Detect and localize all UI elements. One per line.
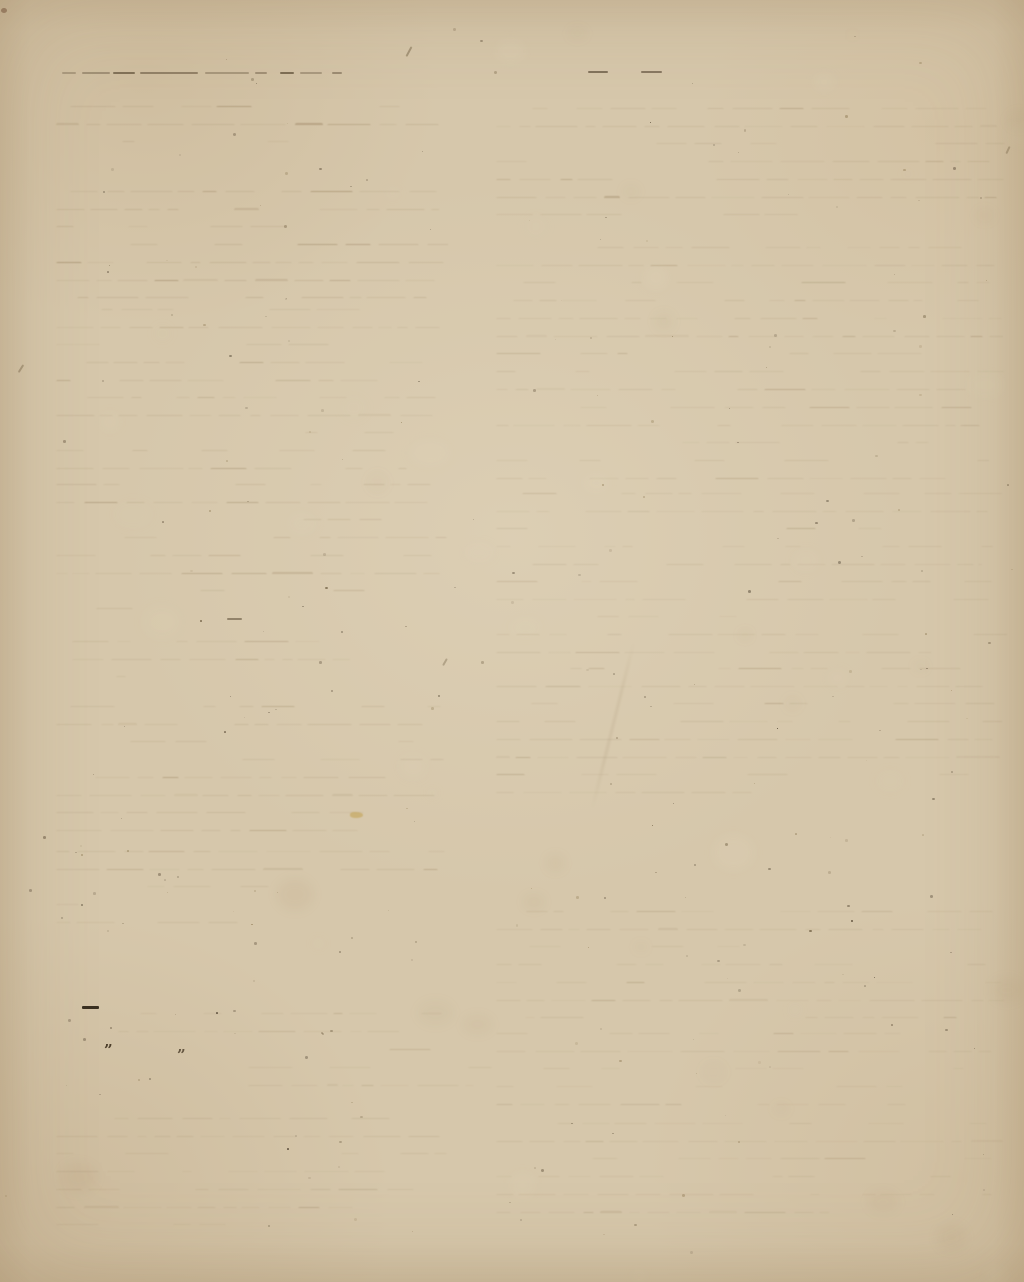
ink-speck bbox=[534, 1167, 536, 1169]
ink-speck bbox=[953, 167, 956, 170]
ink-speck bbox=[847, 905, 850, 907]
ink-speck bbox=[338, 1166, 340, 1168]
ink-speck bbox=[922, 834, 924, 836]
ink-speck bbox=[713, 144, 715, 146]
ink-speck bbox=[166, 260, 168, 261]
ink-speck bbox=[473, 519, 474, 520]
ink-speck bbox=[795, 833, 797, 835]
ink-speck bbox=[983, 1189, 985, 1191]
ink-speck bbox=[576, 896, 579, 899]
ink-speck bbox=[75, 852, 77, 853]
ink-speck bbox=[879, 730, 881, 731]
ink-speck bbox=[612, 1133, 614, 1134]
ink-speck bbox=[366, 179, 368, 181]
ink-speck bbox=[974, 1048, 975, 1049]
ink-speck bbox=[342, 459, 343, 460]
ink-speck bbox=[602, 484, 604, 486]
ink-speck bbox=[360, 1116, 363, 1118]
ink-speck bbox=[926, 668, 928, 669]
ink-speck bbox=[921, 570, 923, 572]
ink-speck bbox=[682, 1194, 685, 1197]
ink-speck bbox=[609, 549, 612, 552]
ink-speck bbox=[285, 172, 288, 175]
ink-speck bbox=[768, 868, 771, 870]
ink-speck bbox=[167, 892, 168, 893]
ink-speck bbox=[842, 974, 844, 975]
ink-speck bbox=[769, 1066, 771, 1068]
ink-speck bbox=[203, 324, 206, 326]
ink-speck bbox=[945, 1029, 948, 1031]
ink-speck bbox=[63, 440, 66, 443]
ink-speck bbox=[643, 496, 645, 498]
ink-speck bbox=[195, 266, 197, 268]
ink-speck bbox=[737, 442, 739, 443]
ink-speck bbox=[431, 707, 434, 710]
ink-speck bbox=[571, 1123, 573, 1124]
ink-speck bbox=[600, 239, 601, 240]
ink-speck bbox=[247, 501, 249, 502]
ink-speck bbox=[81, 904, 83, 906]
ink-speck bbox=[124, 726, 125, 727]
ink-speck bbox=[694, 864, 696, 866]
ink-speck bbox=[830, 837, 831, 838]
ink-speck bbox=[226, 460, 228, 462]
ink-speck bbox=[898, 509, 900, 511]
ink-speck bbox=[415, 941, 417, 943]
ink-speck bbox=[350, 186, 352, 187]
ink-speck bbox=[966, 718, 968, 719]
ink-speck bbox=[341, 631, 343, 633]
ink-speck bbox=[600, 1028, 602, 1030]
ink-speck bbox=[516, 924, 518, 927]
ink-speck bbox=[190, 570, 193, 572]
ink-speck bbox=[224, 731, 226, 733]
ink-speck bbox=[66, 1085, 67, 1086]
ink-speck bbox=[265, 316, 267, 317]
ink-speck bbox=[254, 890, 256, 892]
ink-speck bbox=[852, 519, 855, 522]
ink-speck bbox=[285, 298, 287, 300]
ink-speck bbox=[738, 989, 741, 992]
ink-speck bbox=[616, 737, 618, 739]
ink-speck bbox=[851, 920, 853, 922]
ink-speck bbox=[588, 947, 589, 948]
ink-speck bbox=[412, 1231, 413, 1232]
ink-speck bbox=[107, 930, 109, 932]
ink-speck bbox=[590, 337, 592, 339]
ink-speck bbox=[121, 818, 122, 819]
ink-speck bbox=[578, 574, 581, 576]
ink-speck bbox=[110, 1027, 112, 1029]
ink-speck bbox=[766, 367, 767, 368]
ink-speck bbox=[339, 1141, 342, 1143]
ink-speck bbox=[5, 1195, 7, 1197]
ink-speck bbox=[832, 696, 834, 697]
ink-speck bbox=[826, 500, 829, 502]
ink-speck bbox=[845, 839, 848, 842]
ink-speck bbox=[923, 315, 926, 318]
ink-speck bbox=[685, 897, 686, 898]
ink-speck bbox=[453, 28, 456, 31]
ink-speck bbox=[597, 395, 598, 396]
ink-speck bbox=[672, 336, 673, 337]
ink-speck bbox=[696, 1073, 697, 1074]
ink-speck bbox=[481, 661, 484, 664]
ink-speck bbox=[268, 712, 270, 713]
ink-speck bbox=[738, 152, 739, 153]
ink-speck bbox=[930, 895, 933, 898]
ink-speck bbox=[209, 510, 211, 512]
edge-nick bbox=[1, 8, 7, 13]
ink-speck bbox=[951, 771, 953, 773]
ink-speck bbox=[418, 381, 420, 382]
ink-speck bbox=[229, 355, 232, 357]
ink-speck bbox=[815, 522, 818, 524]
ink-speck bbox=[950, 952, 952, 953]
ink-speck bbox=[305, 1056, 308, 1059]
ink-speck bbox=[828, 871, 831, 874]
ink-speck bbox=[268, 1225, 270, 1227]
ink-speck bbox=[694, 684, 695, 685]
ink-speck bbox=[277, 892, 278, 893]
ink-speck bbox=[769, 346, 771, 348]
ink-speck bbox=[744, 129, 746, 132]
ink-speck bbox=[758, 1061, 761, 1064]
ink-speck bbox=[422, 151, 423, 152]
ink-speck bbox=[405, 626, 407, 627]
ink-speck bbox=[512, 572, 515, 574]
ink-speck bbox=[102, 380, 104, 382]
ink-speck bbox=[177, 876, 179, 878]
ink-speck bbox=[68, 1019, 71, 1022]
ink-speck bbox=[651, 420, 654, 423]
ink-speck bbox=[788, 194, 789, 195]
ink-speck bbox=[918, 200, 920, 201]
ink-speck bbox=[692, 83, 693, 84]
ink-speck bbox=[164, 879, 166, 881]
ink-speck bbox=[875, 455, 878, 457]
ink-speck bbox=[511, 601, 514, 604]
ink-speck bbox=[520, 1219, 522, 1221]
ink-speck bbox=[226, 59, 227, 60]
ink-speck bbox=[230, 696, 231, 697]
ink-speck bbox=[275, 709, 277, 710]
ink-speck bbox=[251, 924, 253, 925]
ink-speck bbox=[260, 205, 261, 206]
ink-speck bbox=[919, 394, 922, 396]
ink-speck bbox=[743, 944, 746, 946]
ink-speck bbox=[854, 36, 856, 37]
ink-speck bbox=[725, 1115, 726, 1116]
ink-speck bbox=[838, 561, 841, 564]
ink-speck bbox=[302, 606, 304, 607]
ink-speck bbox=[438, 695, 440, 697]
ink-speck bbox=[158, 873, 161, 876]
ink-speck bbox=[533, 389, 536, 392]
ink-speck bbox=[109, 265, 110, 266]
ink-speck bbox=[233, 133, 236, 136]
ink-speck bbox=[605, 217, 607, 218]
ink-speck bbox=[401, 422, 402, 423]
ink-speck bbox=[81, 854, 83, 856]
ink-speck bbox=[603, 1234, 605, 1235]
ink-speck bbox=[256, 83, 257, 84]
ink-speck bbox=[233, 911, 234, 912]
ink-speck bbox=[686, 955, 688, 957]
ink-speck bbox=[388, 910, 389, 911]
ink-speck bbox=[693, 1039, 694, 1040]
ink-speck bbox=[983, 1154, 984, 1155]
ink-speck bbox=[330, 1030, 333, 1032]
ink-speck bbox=[610, 783, 612, 785]
ink-speck bbox=[263, 631, 264, 632]
ink-speck bbox=[321, 409, 324, 412]
ink-speck bbox=[729, 408, 730, 409]
ink-speck bbox=[754, 783, 755, 784]
ink-speck bbox=[83, 1038, 86, 1041]
ink-speck bbox=[613, 673, 615, 675]
ink-speck bbox=[480, 40, 483, 42]
ink-speck bbox=[233, 1010, 236, 1012]
ink-speck bbox=[254, 942, 257, 945]
ink-speck bbox=[103, 191, 105, 193]
ink-speck bbox=[175, 1014, 176, 1015]
ink-speck bbox=[861, 556, 863, 557]
ink-speck bbox=[287, 123, 288, 124]
ink-speck bbox=[690, 1251, 693, 1254]
ink-speck bbox=[849, 670, 852, 673]
ink-speck bbox=[725, 843, 728, 846]
ink-speck bbox=[866, 760, 867, 761]
ink-speck bbox=[93, 774, 94, 775]
ink-speck bbox=[919, 62, 922, 64]
ink-speck bbox=[748, 590, 751, 593]
ink-speck bbox=[351, 937, 353, 939]
ink-speck bbox=[171, 314, 173, 316]
ink-speck bbox=[200, 620, 202, 622]
ink-speck bbox=[951, 690, 952, 691]
ink-speck bbox=[80, 845, 82, 847]
ink-speck bbox=[138, 1079, 140, 1081]
ink-speck bbox=[494, 71, 497, 74]
ink-speck bbox=[836, 206, 838, 208]
ink-speck bbox=[894, 274, 895, 275]
ink-speck bbox=[864, 985, 866, 987]
ink-speck bbox=[509, 1202, 511, 1203]
ink-speck bbox=[650, 122, 651, 123]
ink-speck bbox=[561, 300, 562, 301]
ink-speck bbox=[99, 1094, 101, 1095]
ink-speck bbox=[323, 553, 326, 556]
ink-speck bbox=[61, 917, 63, 919]
ink-speck bbox=[319, 661, 322, 664]
ink-speck bbox=[531, 888, 532, 889]
ink-speck bbox=[288, 340, 290, 342]
ink-speck bbox=[604, 897, 606, 899]
ink-speck bbox=[454, 587, 456, 588]
ink-speck bbox=[925, 633, 927, 635]
ink-speck bbox=[244, 717, 245, 718]
ink-speck bbox=[251, 78, 254, 81]
ink-speck bbox=[673, 803, 674, 804]
ink-speck bbox=[952, 1214, 953, 1215]
ink-speck bbox=[717, 960, 720, 962]
ink-speck bbox=[809, 930, 812, 932]
ink-speck bbox=[738, 1141, 740, 1143]
ink-speck bbox=[541, 1169, 544, 1172]
ink-speck bbox=[43, 836, 46, 839]
ink-speck bbox=[430, 229, 431, 230]
ink-speck bbox=[234, 1033, 236, 1034]
ink-speck bbox=[414, 821, 415, 822]
ink-speck bbox=[149, 1078, 151, 1080]
ink-speck bbox=[325, 587, 328, 589]
ink-speck bbox=[919, 345, 922, 348]
ink-speck bbox=[406, 808, 408, 809]
ink-speck bbox=[287, 1148, 289, 1150]
ink-speck bbox=[1007, 484, 1009, 486]
ink-speck bbox=[619, 1060, 622, 1062]
ink-speck bbox=[777, 728, 778, 729]
ink-speck bbox=[107, 271, 109, 273]
ink-speck bbox=[644, 696, 646, 698]
ink-speck bbox=[932, 798, 935, 800]
ink-speck bbox=[288, 596, 290, 598]
ink-speck bbox=[893, 330, 896, 332]
ink-speck bbox=[529, 220, 530, 221]
ink-speck bbox=[727, 978, 728, 979]
ink-speck bbox=[555, 339, 556, 340]
ink-speck bbox=[331, 690, 333, 692]
ink-speck bbox=[777, 538, 779, 539]
ink-speck bbox=[774, 334, 777, 337]
ink-speck bbox=[111, 168, 114, 171]
ink-speck bbox=[874, 977, 875, 978]
ink-speck bbox=[586, 669, 589, 671]
ink-speck bbox=[295, 1135, 297, 1137]
ink-speck bbox=[216, 1012, 218, 1014]
ink-speck bbox=[980, 197, 982, 199]
ink-speck bbox=[162, 521, 164, 523]
ink-speck bbox=[29, 889, 32, 892]
ink-speck bbox=[321, 1032, 323, 1034]
ink-speck-layer bbox=[0, 0, 1024, 1282]
aged-paper-page: ” ” bbox=[0, 0, 1024, 1282]
ink-speck bbox=[179, 154, 181, 156]
ink-speck bbox=[903, 169, 906, 171]
ink-speck bbox=[650, 706, 652, 707]
ink-speck bbox=[245, 407, 248, 409]
ink-speck bbox=[354, 1218, 357, 1221]
ink-speck bbox=[339, 951, 341, 953]
ink-speck bbox=[253, 980, 255, 982]
ink-speck bbox=[652, 825, 653, 826]
ink-speck bbox=[308, 1177, 311, 1179]
ink-speck bbox=[127, 850, 129, 852]
ink-speck bbox=[986, 280, 987, 281]
ink-speck bbox=[284, 225, 287, 228]
ink-speck bbox=[891, 1024, 893, 1026]
ink-speck bbox=[93, 892, 96, 895]
ink-speck bbox=[309, 431, 311, 433]
ink-speck bbox=[655, 872, 657, 873]
ink-speck bbox=[575, 1042, 578, 1045]
ink-speck bbox=[351, 1102, 353, 1103]
ink-speck bbox=[988, 642, 991, 644]
ink-speck bbox=[1011, 569, 1013, 570]
ink-speck bbox=[319, 168, 322, 170]
ink-speck bbox=[646, 240, 648, 242]
ink-speck bbox=[411, 959, 413, 961]
ink-speck bbox=[920, 669, 922, 670]
ink-speck bbox=[845, 115, 848, 118]
ink-speck bbox=[634, 1224, 637, 1226]
ink-speck bbox=[122, 923, 124, 924]
